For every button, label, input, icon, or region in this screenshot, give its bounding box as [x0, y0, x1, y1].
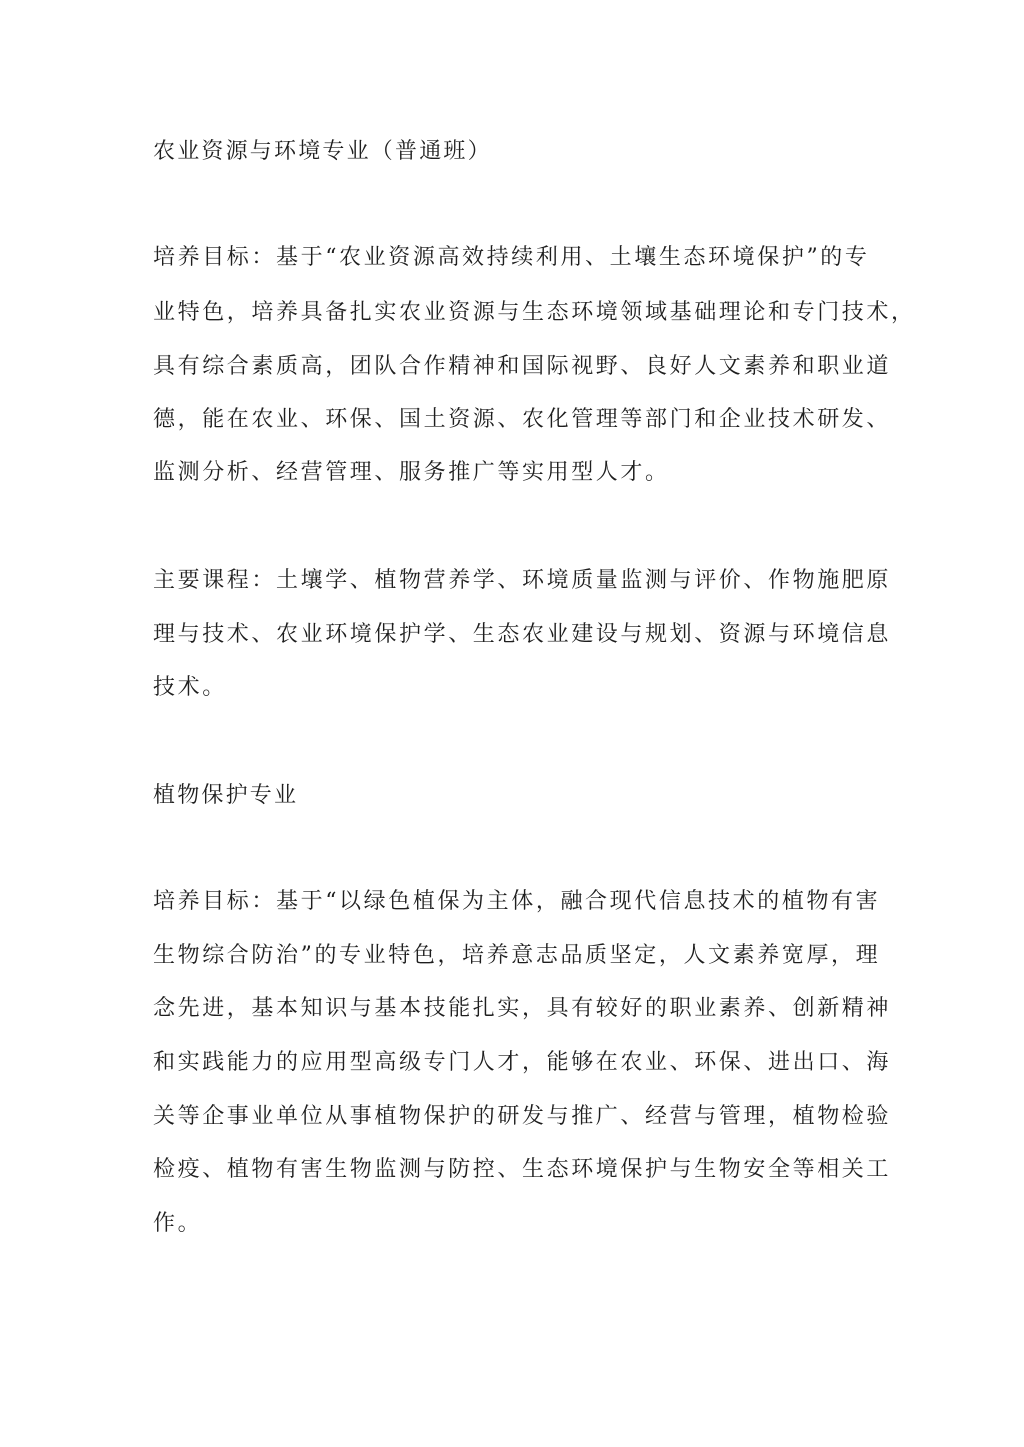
paragraph-line: 念先进，基本知识与基本技能扎实，具有较好的职业素养、创新精神	[153, 994, 873, 1024]
paragraph-line: 具有综合素质高，团队合作精神和国际视野、良好人文素养和职业道	[153, 352, 873, 382]
paragraph-line: 作。	[153, 1209, 873, 1239]
paragraph-line: 业特色，培养具备扎实农业资源与生态环境领域基础理论和专门技术，	[153, 298, 873, 328]
paragraph-line: 培养目标：基于“农业资源高效持续利用、土壤生态环境保护”的专	[153, 243, 873, 273]
document-page: 农业资源与环境专业（普通班） 培养目标：基于“农业资源高效持续利用、土壤生态环境…	[0, 0, 1024, 1447]
paragraph-line: 培养目标：基于“以绿色植保为主体，融合现代信息技术的植物有害	[153, 887, 873, 917]
paragraph-line: 生物综合防治”的专业特色，培养意志品质坚定，人文素养宽厚，理	[153, 941, 873, 971]
paragraph-line: 理与技术、农业环境保护学、生态农业建设与规划、资源与环境信息	[153, 620, 873, 650]
paragraph-line: 检疫、植物有害生物监测与防控、生态环境保护与生物安全等相关工	[153, 1155, 873, 1185]
paragraph-line: 主要课程：土壤学、植物营养学、环境质量监测与评价、作物施肥原	[153, 566, 873, 596]
paragraph-line: 关等企事业单位从事植物保护的研发与推广、经营与管理，植物检验	[153, 1102, 873, 1132]
section-heading-plant-protection: 植物保护专业	[153, 781, 873, 811]
paragraph-line: 和实践能力的应用型高级专门人才，能够在农业、环保、进出口、海	[153, 1048, 873, 1078]
paragraph-line: 监测分析、经营管理、服务推广等实用型人才。	[153, 458, 873, 488]
section-heading-agri-resources: 农业资源与环境专业（普通班）	[153, 137, 873, 167]
paragraph-line: 德，能在农业、环保、国土资源、农化管理等部门和企业技术研发、	[153, 405, 873, 435]
paragraph-line: 技术。	[153, 673, 873, 703]
